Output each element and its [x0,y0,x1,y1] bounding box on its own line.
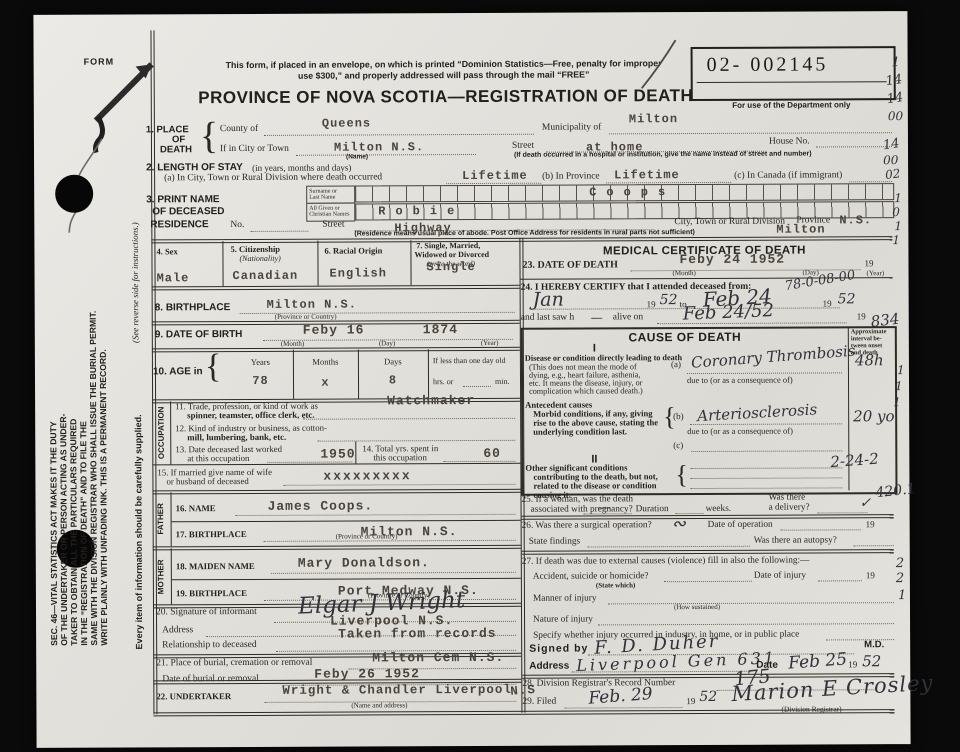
cause-a-interval: 48h [855,351,884,369]
margin-note: 1 [892,233,900,247]
weeks-label: weeks. [706,504,732,514]
spouse-label2: or husband of deceased [166,476,248,486]
registration-number: 02- 002145 [707,53,829,77]
municipality-value: Milton [629,112,678,126]
margin-note: 02 [884,166,901,182]
paper-sheet: FORM SEC. 46—VITAL STATISTICS ACT MAKES … [33,11,910,748]
cause-a-label: (a) [671,359,681,369]
cause-b-interval: 20 yo [853,407,894,425]
division-registrar-sub: (Division Registrar) [781,704,841,713]
undertaker-value: Wright & Chandler Liverpool [282,683,512,698]
informant-address-label: Address [162,625,193,635]
less-than-day-header: If less than one day old [433,356,506,365]
filed-date-line [564,706,682,709]
findings-line [588,545,750,548]
filed-label: 29. Filed [522,697,556,707]
father-divider [172,520,521,523]
birthplace-value: Milton N.S. [267,298,357,312]
total-years-label2: this occupation [373,452,427,462]
last-worked-label2: at this occupation [187,453,249,463]
physician-address-label: Address [529,661,569,672]
stay-city-value: Lifetime [462,169,528,183]
margin-note: 14 [885,72,904,89]
occupation-cell-border [170,401,171,464]
due-to-label1: due to (or as a consequence of) [687,375,793,385]
street-label: Street [512,141,534,151]
dod-month-sub: (Month) [673,269,696,277]
age-days-value: 8 [358,373,428,387]
filed-19: 19 [686,696,695,706]
county-value: Queens [322,116,371,130]
disease-label1: Disease or condition directly leading to… [525,353,682,363]
sec3-label2: OF DECEASED [152,206,224,217]
dod-19: 19 [864,258,873,268]
burial-place-label: 21. Place of burial, cremation or remova… [156,658,312,669]
delivery-line [818,511,868,513]
date-of-death-value: Feby 24 1952 [679,252,785,267]
cert-date-value: Feb 25 [788,649,848,673]
year-sub: (Year) [481,339,499,347]
autopsy-label: Was there an autopsy? [754,535,837,545]
surname-sublabel2: Last Name [309,195,335,201]
sec13-14-divider [355,442,356,464]
mother-cell-border [171,548,172,604]
racial-origin-value: English [330,266,387,280]
operation-label: 26. Was there a surgical operation? [522,520,652,531]
municipality-line [609,131,892,134]
operation-answer: ∾ [672,514,686,534]
father-vertical-label: FATHER [156,494,165,544]
margin-note: 14 [886,90,905,107]
pregnancy-label1: 25. If a woman, was the death [522,494,634,504]
city-town-label: If in City or Town [220,144,289,154]
citizenship-paren: (Nationality) [239,254,280,263]
how-sustained-sub: (How sustained) [674,603,720,611]
informant-relationship-value: Taken from records [338,626,497,642]
every-item-note: Every item of information should be care… [133,387,144,649]
trade-label2: spinner, teamster, office clerk, etc. [187,410,314,421]
municipality-label: Municipality of [542,122,601,132]
age-divider3 [428,349,429,398]
cause-b-label: (b) [673,411,684,421]
margin-note: 2 [896,556,904,571]
findings-label: State findings [529,537,580,547]
undertaker-label: 22. UNDERTAKER [156,691,231,701]
filed-date-value: Feb. 29 [588,684,654,709]
signed-by-label: Signed by [529,642,588,654]
margin-note: 2 [896,571,904,586]
attended-19a: 19 [647,299,656,309]
filed-year: 52 [699,689,717,705]
margin-note-cert: 78-0-08-00 [784,268,857,294]
citizenship-label: 5. Citizenship [230,244,280,254]
department-only-note: For use of the Department only [691,100,892,110]
due-to-label2: due to (or as a consequence of) [687,426,793,436]
date-of-birth-label: 9. DATE OF BIRTH [155,329,243,340]
hrs-or-label: hrs. or [433,377,453,386]
statute-line: WRITE PLAINLY WITH UNFADING INK. THIS IS… [97,176,109,646]
autopsy-line [854,544,894,546]
sec6-divider [410,240,411,285]
injury-date-label: Date of injury [754,571,806,581]
margin-note: 1 [895,379,903,393]
residence-city-label: City, Town or Rural Division [674,217,785,227]
duration-label: Duration [636,504,669,514]
statute-sidebar-text: SEC. 46—VITAL STATISTICS ACT MAKES IT TH… [47,176,113,646]
racial-origin-label: 6. Racial Origin [324,245,382,255]
date-of-death-line [631,268,861,271]
last-worked-value: 1950 [320,447,355,462]
sec5-divider [317,241,318,286]
spouse-value: xxxxxxxxx [323,468,411,483]
trade-value: Watchmaker [387,393,475,408]
father-name-label: 16. NAME [176,503,216,513]
stamp-box-rule [697,81,887,83]
residence-street-label: Street [322,220,344,230]
scanned-death-registration: { "form_tag": "FORM", "stamp_no": "02- 0… [0,0,960,752]
margin-note-2242: 2-24-2 [830,450,880,472]
rule-under-sec25 [522,514,894,520]
nature-line [598,622,894,625]
trade-line [303,417,515,420]
marital-label1: 7. Single, Married, [416,241,480,250]
margin-note: 1 [898,588,906,603]
undertaker-sub: (Name and address) [351,701,407,709]
stay-canada-label: (c) In Canada (if immigrant) [734,170,842,180]
injury-date-line [818,579,862,581]
attended-19b: 19 [823,298,832,308]
months-header: Months [293,356,358,366]
operation-19: 19 [866,519,875,529]
min-label: min. [495,377,509,386]
dod-year-sub: (Year) [867,269,885,277]
margin-note: 1 [893,395,901,409]
alive-on-label: alive on [613,312,643,322]
sec2-label: 2. LENGTH OF STAY [146,162,243,173]
pregnancy-answer-dash: — [598,500,611,515]
residence-province-label: Province [796,215,830,225]
month-sub: (Month) [281,340,304,348]
external-causes-label: 27. If death was due to external causes … [522,556,810,567]
other-conditions-brace: { [675,460,688,490]
last-saw-label: and last saw h [521,313,575,323]
margin-note: 00 [888,109,903,123]
margin-note: 1 [897,363,905,377]
sec2-paren: (in years, months and days) [252,163,351,173]
accident-label: Accident, suicide or homicide? [533,571,649,582]
residence-province-value: N.S. [839,213,872,227]
marital-label2: Widowed or Divorced [414,250,489,259]
alive-on-value: Feb 24/52 [682,300,774,325]
day-sub: (Day) [379,339,395,347]
marital-value: Single [426,260,475,274]
sec1-death: DEATH [160,144,192,155]
mother-name-line [271,571,516,574]
rule-under-father [153,545,521,551]
disease-label5: complication which caused death.) [529,386,643,395]
margin-note-834: 834 [870,310,900,331]
margin-note: 1 [894,191,902,205]
sec1-brace: { [200,114,218,158]
sec3-label1: 3. PRINT NAME [146,194,219,205]
operation-date-line [781,528,861,530]
delivery-check: ✓ [860,495,872,511]
rule-under-sec7 [152,285,520,291]
birthplace-sub: (Province or Country) [275,313,337,321]
mother-name-value: Mary Donaldson. [298,555,430,571]
hrs-line [463,385,491,387]
industry-line [317,439,515,442]
sec4-divider [222,241,223,286]
city-town-value: Milton N.S. [334,140,424,154]
residence-no-label: No. [230,220,244,230]
last-saw-dash: — [591,310,603,324]
rule-under-sec15 [152,489,520,495]
margin-note: 14 [882,136,901,153]
mother-birthplace-label: 19. BIRTHPLACE [176,588,247,598]
citizenship-value: Canadian [233,269,299,283]
date-of-death-label: 23. DATE OF DEATH [522,259,617,270]
birthplace-label: 8. BIRTHPLACE [155,302,231,313]
cert-date-year: 52 [862,652,881,670]
mother-divider [172,578,521,581]
stay-city-label: (a) In City, Town or Rural Division wher… [164,172,382,183]
date-of-birth-year: 1874 [423,322,458,337]
attended-year-a: 52 [660,292,678,308]
rule-under-occupation [152,463,520,466]
state-which-sub: (State which) [596,581,636,589]
age-months-value: x [293,375,358,389]
given-sublabel2: Christian Names [309,212,349,218]
given-name-value: Robie [378,204,464,218]
street-sub-note: (If death occurred in a hospital or inst… [514,151,812,159]
margin-note: 0 [892,205,900,219]
house-no-line [816,145,892,147]
cause-c-label: (c) [673,440,683,450]
name-sublabel-box: Surname or Last Name All Given or Christ… [306,186,355,222]
delivery-label2: a delivery? [769,503,810,513]
total-years-line [443,460,515,462]
cert-date-19: 19 [848,659,857,669]
father-birthplace-value: Milton N.S. [361,524,458,539]
father-name-value: James Coops. [268,498,374,513]
operation-date-label: Date of operation [708,520,773,530]
county-label: County of [220,124,258,134]
alive-19: 19 [857,311,866,321]
cause-of-death-title: CAUSE OF DEATH [525,329,845,344]
age-years-value: 78 [228,374,293,388]
sex-label: 4. Sex [156,246,177,256]
burial-place-value: Milton Cem N.S. [372,650,504,666]
rule-under-sec26 [522,549,894,555]
stay-province-label: (b) In Province [542,171,600,181]
nature-label: Nature of injury [533,614,593,624]
father-cell-border [170,492,171,546]
registration-number-box: 02- 002145 [691,46,896,101]
injury-19: 19 [866,570,875,580]
surname-value: Coops [589,185,675,199]
residence-sub-note: (Residence means usual place of abode. P… [354,229,695,237]
md-label: M.D. [864,639,884,650]
age-brace: { [205,348,221,386]
house-no-label: House No. [769,137,810,147]
margin-note: 00 [883,153,898,167]
attended-year-b: 52 [838,291,856,307]
date-of-birth-monthday: Feby 16 [303,322,365,337]
informant-relationship-label: Relationship to deceased [162,640,256,650]
margin-note: 1 [894,219,902,233]
years-header: Years [228,357,293,367]
sec1-number: 1. [146,124,157,135]
mother-name-label: 18. MAIDEN NAME [176,561,255,571]
days-header: Days [358,356,428,366]
delivery-label1: Was there [768,493,805,503]
industry-label2: mill, lumbering, bank, etc. [187,432,286,442]
informant-label: 20. Signature of informant [156,607,257,617]
accident-line [664,580,752,582]
pen-tick [632,38,682,90]
father-birthplace-label: 17. BIRTHPLACE [176,529,247,539]
residence-no-line [250,230,308,232]
residence-label: RESIDENCE [150,219,208,230]
mother-vertical-label: MOTHER [156,552,165,602]
county-line [264,133,534,136]
margin-note-4201: 420.1 [875,481,917,501]
reverse-side-note: (See reverse side for instructions.) [130,168,141,343]
sex-value: Male [157,271,190,285]
city-name-sub: (Name) [346,153,368,160]
stay-province-value: Lifetime [614,168,680,182]
attended-from-value: Jan [533,289,564,311]
manner-label: Manner of injury [533,593,597,603]
total-years-value: 60 [483,446,501,461]
name-sublabel-divider [307,203,354,204]
margin-note: 1 [892,55,900,70]
manner-line [608,601,894,604]
antecedent-line4: underlying condition last. [533,426,627,436]
age-label: 10. AGE in [153,366,203,377]
occupation-vertical-label: OCCUPATION [157,398,166,468]
